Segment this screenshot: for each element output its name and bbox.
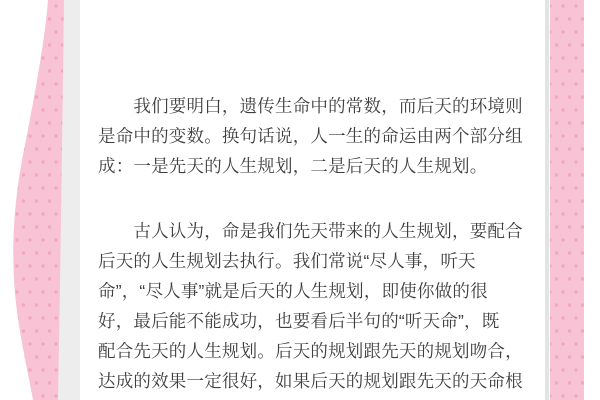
- text-line: 古人认为，命是我们先天带来的人生规划，要配合: [98, 216, 538, 246]
- text-line: 配合先天的人生规划。后天的规划跟先天的规划吻合，: [98, 336, 538, 366]
- text-line: 达成的效果一定很好，如果后天的规划跟先天的天命根: [98, 366, 538, 396]
- text-line: 后天的人生规划去执行。我们常说“尽人事，听天: [98, 246, 538, 276]
- text-line: 命”，“尽人事”就是后天的人生规划，即使你做的很: [98, 276, 538, 306]
- text-line: 好，最后能不能成功，也要看后半句的“听天命”，既: [98, 306, 538, 336]
- text-line: 成：一是先天的人生规划，二是后天的人生规划。: [98, 151, 538, 181]
- paragraph: 我们要明白，遗传生命中的常数，而后天的环境则是命中的变数。换句话说，人一生的命运…: [98, 91, 538, 181]
- right-dot-strip: [550, 0, 584, 400]
- right-shadow-line: [545, 0, 549, 400]
- page: 我们要明白，遗传生命中的常数，而后天的环境则是命中的变数。换句话说，人一生的命运…: [0, 0, 600, 400]
- paragraph: 古人认为，命是我们先天带来的人生规划，要配合后天的人生规划去执行。我们常说“尽人…: [98, 216, 538, 396]
- article: 我们要明白，遗传生命中的常数，而后天的环境则是命中的变数。换句话说，人一生的命运…: [98, 91, 538, 396]
- left-wave-ribbon: [13, 0, 64, 400]
- text-line: 是命中的变数。换句话说，人一生的命运由两个部分组: [98, 121, 538, 151]
- text-line: 我们要明白，遗传生命中的常数，而后天的环境则: [98, 91, 538, 121]
